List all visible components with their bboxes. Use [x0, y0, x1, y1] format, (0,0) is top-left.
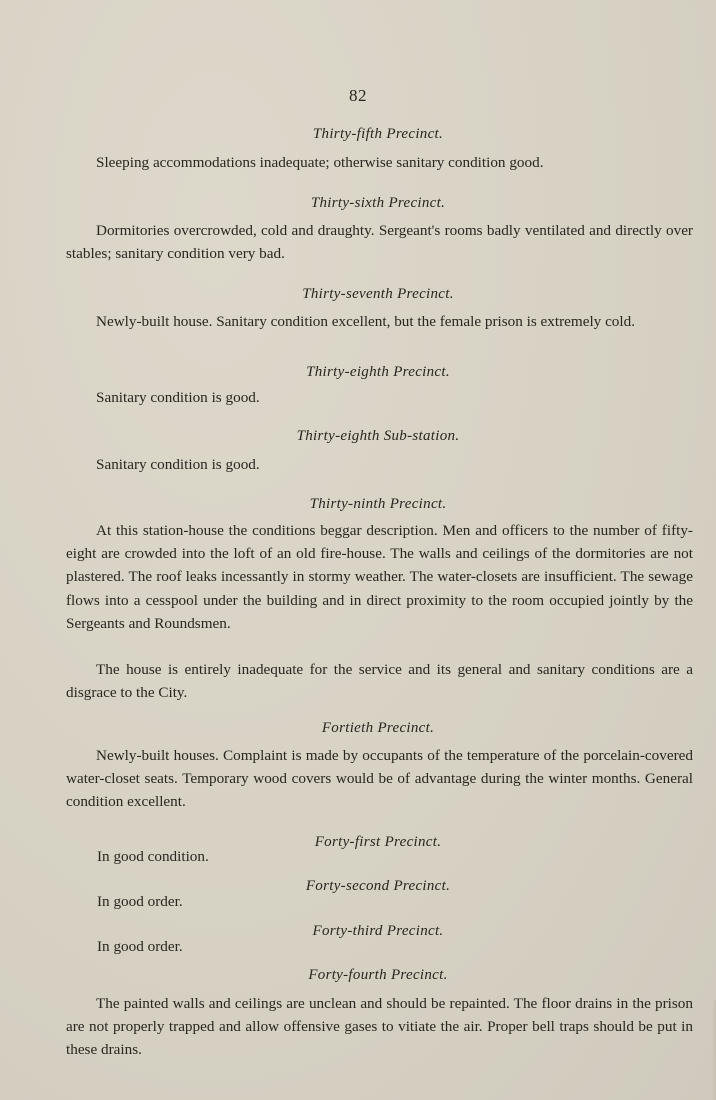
- heading-37th-precinct: Thirty-seventh Precinct.: [0, 286, 716, 303]
- paragraph-42nd-precinct: In good order.: [97, 893, 183, 911]
- paragraph-38th-precinct: Sanitary condition is good.: [66, 386, 693, 409]
- heading-38th-substation: Thirty-eighth Sub-station.: [0, 428, 716, 445]
- paragraph-35th-precinct: Sleeping accommodations inadequate; othe…: [66, 151, 693, 174]
- paragraph-38th-substation: Sanitary condition is good.: [66, 453, 693, 476]
- paragraph-39th-precinct-2: The house is entirely inadequate for the…: [66, 658, 693, 704]
- paragraph-37th-precinct: Newly-built house. Sanitary condition ex…: [66, 310, 693, 333]
- heading-38th-precinct: Thirty-eighth Precinct.: [0, 364, 716, 381]
- paragraph-36th-precinct: Dormitories overcrowded, cold and draugh…: [66, 219, 693, 265]
- heading-36th-precinct: Thirty-sixth Precinct.: [0, 195, 716, 212]
- paragraph-41st-precinct: In good condition.: [97, 848, 209, 866]
- paragraph-44th-precinct: The painted walls and ceilings are uncle…: [66, 992, 693, 1062]
- page-edge-shadow: [712, 1000, 716, 1100]
- heading-44th-precinct: Forty-fourth Precinct.: [0, 967, 716, 984]
- heading-40th-precinct: Fortieth Precinct.: [0, 720, 716, 737]
- paragraph-43rd-precinct: In good order.: [97, 938, 183, 956]
- heading-35th-precinct: Thirty-fifth Precinct.: [0, 126, 716, 143]
- heading-39th-precinct: Thirty-ninth Precinct.: [0, 496, 716, 513]
- paragraph-39th-precinct: At this station-house the conditions beg…: [66, 519, 693, 635]
- paragraph-40th-precinct: Newly-built houses. Complaint is made by…: [66, 744, 693, 814]
- page-number: 82: [0, 86, 716, 106]
